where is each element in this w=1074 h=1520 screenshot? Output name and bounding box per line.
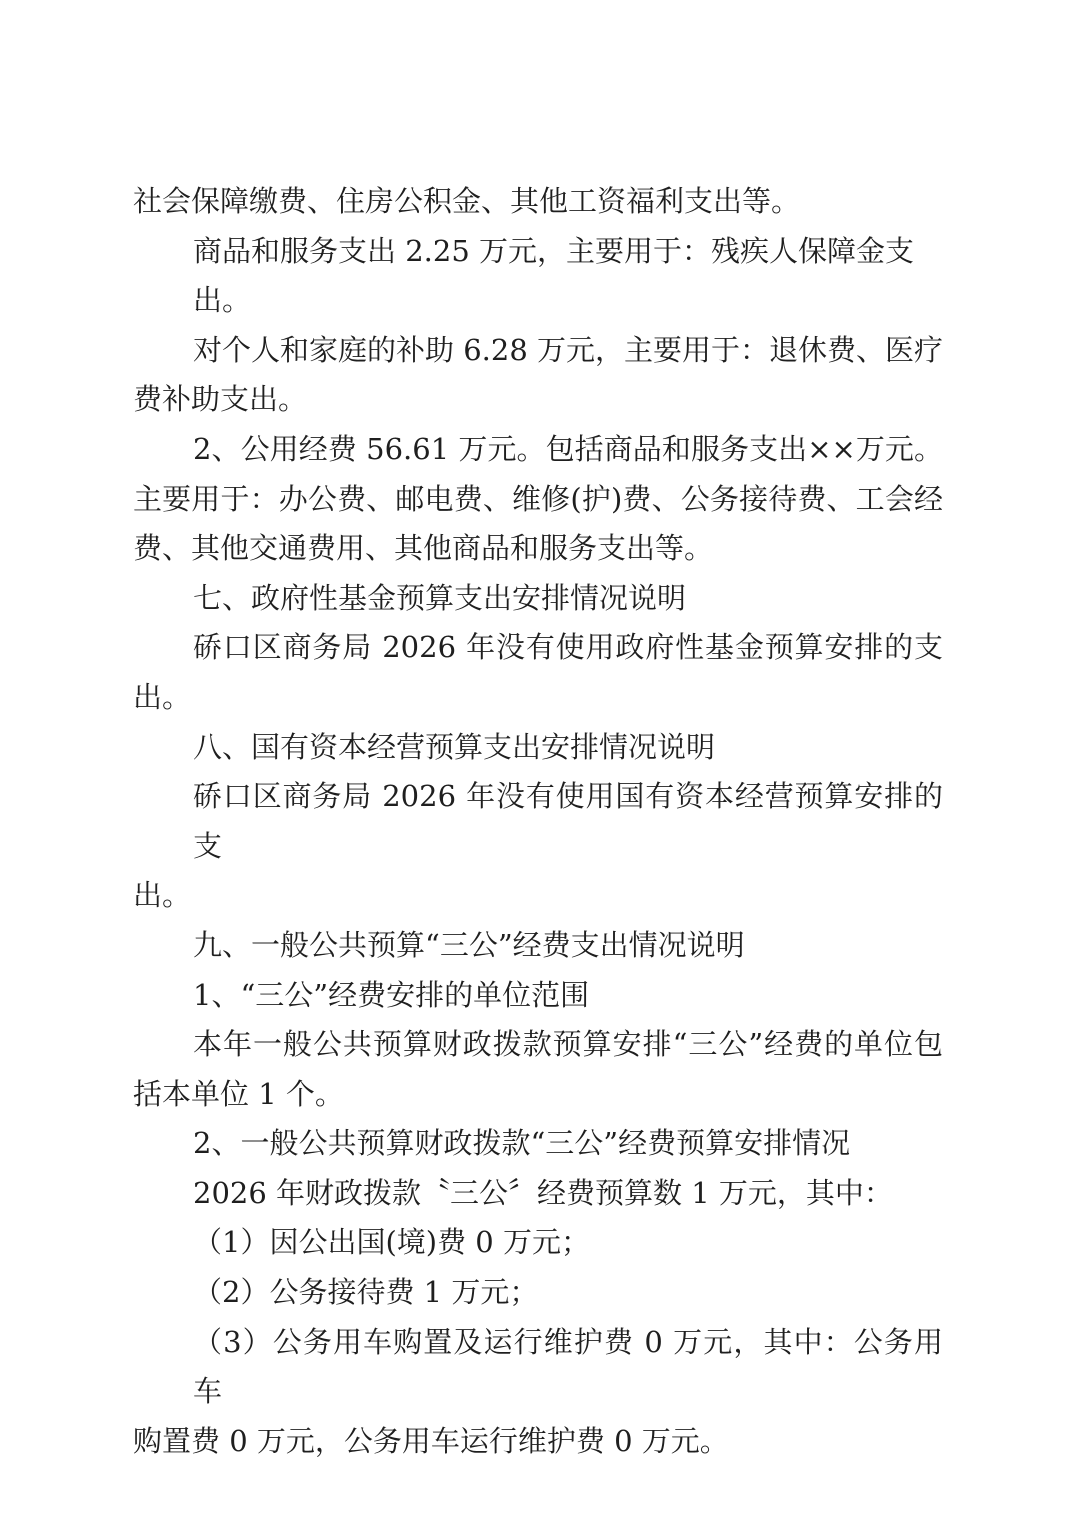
text-line: 本年一般公共预算财政拨款预算安排“三公”经费的单位包 [133,1020,943,1070]
text-line: 硚口区商务局 2026 年没有使用国有资本经营预算安排的支 [133,772,943,871]
text-line: （3）公务用车购置及运行维护费 0 万元，其中：公务用车 [133,1318,943,1417]
text-line: 七、政府性基金预算支出安排情况说明 [133,574,943,624]
text-line: 出。 [133,673,943,723]
document-body: 社会保障缴费、住房公积金、其他工资福利支出等。商品和服务支出 2.25 万元，主… [133,177,943,1466]
text-line: 费补助支出。 [133,375,943,425]
text-line: 1、“三公”经费安排的单位范围 [133,971,943,1021]
text-line: 对个人和家庭的补助 6.28 万元，主要用于：退休费、医疗 [133,326,943,376]
text-line: 括本单位 1 个。 [133,1070,943,1120]
text-line: （2）公务接待费 1 万元； [133,1268,943,1318]
page: 社会保障缴费、住房公积金、其他工资福利支出等。商品和服务支出 2.25 万元，主… [0,0,1074,1520]
text-line: 出。 [133,871,943,921]
text-line: 硚口区商务局 2026 年没有使用政府性基金预算安排的支 [133,623,943,673]
text-line: 社会保障缴费、住房公积金、其他工资福利支出等。 [133,177,943,227]
text-line: 2、一般公共预算财政拨款“三公”经费预算安排情况 [133,1119,943,1169]
text-line: 八、国有资本经营预算支出安排情况说明 [133,723,943,773]
text-line: 商品和服务支出 2.25 万元，主要用于：残疾人保障金支出。 [133,227,943,326]
text-line: 费、其他交通费用、其他商品和服务支出等。 [133,524,943,574]
text-line: 主要用于：办公费、邮电费、维修(护)费、公务接待费、工会经 [133,475,943,525]
text-line: 九、一般公共预算“三公”经费支出情况说明 [133,921,943,971]
text-line: 购置费 0 万元，公务用车运行维护费 0 万元。 [133,1417,943,1467]
text-line: 2026 年财政拨款〝三公〞经费预算数 1 万元，其中： [133,1169,943,1219]
text-line: 2、公用经费 56.61 万元。包括商品和服务支出××万元。 [133,425,943,475]
text-line: （1）因公出国(境)费 0 万元； [133,1218,943,1268]
